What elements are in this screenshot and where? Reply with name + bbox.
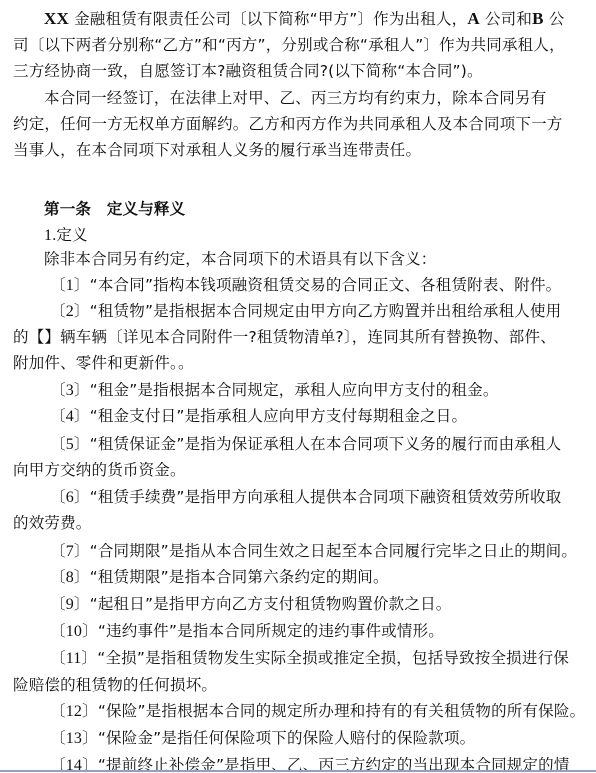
definition-item-7: 〔7〕“合同期限”是指从本合同生效之日起至本合同履行完毕之日止的期间。 xyxy=(50,541,577,562)
section-title: 1.定义 xyxy=(44,225,88,246)
item-text: “起租日”是指甲方向乙方支付租赁物购置价款之日。 xyxy=(90,595,452,613)
item-number: 14 xyxy=(66,757,82,770)
document-page: XX 金融租赁有限责任公司〔以下简称“甲方”〕作为出租人，A 公司和B 公 司〔… xyxy=(0,0,596,770)
definition-item-1: 〔1〕“本合同”指构本钱项融资租赁交易的合同正文、各租赁附表、附件。 xyxy=(50,275,561,296)
item-number: 2 xyxy=(66,303,74,320)
item-text: “保险”是指根据本合同的规定所办理和持有的有关租赁物的所有保险。 xyxy=(98,702,585,720)
section-number: 1. xyxy=(44,227,56,244)
item-open-bracket: 〔 xyxy=(50,756,66,770)
definition-item-5-cont1: 向甲方交纳的货币资金。 xyxy=(13,460,186,480)
section-title-text: 定义 xyxy=(56,226,87,244)
item-close-bracket: 〕 xyxy=(82,702,98,720)
definition-item-3: 〔3〕“租金”是指根据本合同规定，承租人应向甲方支付的租金。 xyxy=(50,380,499,401)
item-open-bracket: 〔 xyxy=(50,729,66,747)
item-close-bracket: 〕 xyxy=(74,542,90,560)
item-close-bracket: 〕 xyxy=(74,381,90,399)
item-text: “违约事件”是指本合同所规定的违约事件或情形。 xyxy=(98,622,444,640)
preamble-p1-line3: 三方经协商一致，自愿签订本?融资租赁合同?(以下简称“本合同”)。 xyxy=(13,61,483,81)
item-number: 6 xyxy=(66,489,74,506)
definition-item-9: 〔9〕“起租日”是指甲方向乙方支付租赁物购置价款之日。 xyxy=(50,594,451,615)
item-text: “合同期限”是指从本合同生效之日起至本合同履行完毕之日止的期间。 xyxy=(90,542,577,560)
item-number: 8 xyxy=(66,569,74,586)
definition-item-14: 〔14〕“提前终止补偿金”是指甲、乙、丙三方约定的当出现本合同规定的情 xyxy=(50,755,570,770)
item-open-bracket: 〔 xyxy=(50,407,66,425)
item-text: “提前终止补偿金”是指甲、乙、丙三方约定的当出现本合同规定的情 xyxy=(98,756,570,770)
item-close-bracket: 〕 xyxy=(74,435,90,453)
item-open-bracket: 〔 xyxy=(50,542,66,560)
preamble-p2-line1: 本合同一经签订，在法律上对甲、乙、丙三方均有约束力，除本合同另有 xyxy=(44,88,546,108)
item-close-bracket: 〕 xyxy=(82,649,98,667)
article-heading: 第一条 定义与释义 xyxy=(44,199,185,219)
definition-item-12: 〔12〕“保险”是指根据本合同的规定所办理和持有的有关租赁物的所有保险。 xyxy=(50,701,585,722)
item-number: 12 xyxy=(66,703,82,720)
item-close-bracket: 〕 xyxy=(82,622,98,640)
item-text: “租赁期限”是指本合同第六条约定的期间。 xyxy=(90,568,389,586)
item-text: “租赁手续费”是指甲方向承租人提供本合同项下融资租赁效劳所收取 xyxy=(90,488,562,506)
definition-item-2-cont2: 附加件、零件和更新件。。 xyxy=(13,353,194,373)
definitions-intro: 除非本合同另有约定，本合同项下的术语具有以下含义： xyxy=(44,249,437,269)
definition-item-11: 〔11〕“全损”是指租赁物发生实际全损或推定全损，包括导致按全损进行保 xyxy=(50,648,569,669)
item-number: 7 xyxy=(66,543,74,560)
item-close-bracket: 〕 xyxy=(74,568,90,586)
text-span: 公司和 xyxy=(480,10,532,28)
definition-item-2: 〔2〕“租赁物”是指根据本合同规定由甲方向乙方购置并出租给承租人使用 xyxy=(50,301,561,322)
item-close-bracket: 〕 xyxy=(82,729,98,747)
item-close-bracket: 〕 xyxy=(74,276,90,294)
definition-item-6-cont1: 的效劳费。 xyxy=(13,513,92,533)
item-open-bracket: 〔 xyxy=(50,435,66,453)
text-span: 公 xyxy=(544,10,565,28)
item-close-bracket: 〕 xyxy=(74,302,90,320)
item-number: 9 xyxy=(66,596,74,613)
item-number: 10 xyxy=(66,623,82,640)
item-open-bracket: 〔 xyxy=(50,568,66,586)
definition-item-13: 〔13〕“保险金”是指任何保险项下的保险人赔付的保险款项。 xyxy=(50,728,475,749)
company-b-label: B xyxy=(532,9,544,28)
item-number: 11 xyxy=(66,650,82,667)
item-text: “租金支付日”是指承租人应向甲方支付每期租金之日。 xyxy=(90,407,468,425)
definition-item-4: 〔4〕“租金支付日”是指承租人应向甲方支付每期租金之日。 xyxy=(50,406,467,427)
definition-item-2-cont1: 的【】辆车辆〔详见本合同附件一?租赁物清单?〕，连同其所有替换物、部件、 xyxy=(13,327,556,347)
item-number: 13 xyxy=(66,730,82,747)
preamble-p2-line3: 当事人，在本合同项下对承租人义务的履行承当连带责任。 xyxy=(13,140,421,160)
item-open-bracket: 〔 xyxy=(50,622,66,640)
item-open-bracket: 〔 xyxy=(50,488,66,506)
item-number: 4 xyxy=(66,408,74,425)
text-span: 金融租赁有限责任公司〔以下简称“甲方”〕作为出租人， xyxy=(69,10,467,28)
item-close-bracket: 〕 xyxy=(74,595,90,613)
page-bottom-border xyxy=(0,770,596,772)
item-open-bracket: 〔 xyxy=(50,649,66,667)
item-number: 3 xyxy=(66,382,74,399)
item-open-bracket: 〔 xyxy=(50,702,66,720)
item-close-bracket: 〕 xyxy=(82,756,98,770)
company-a-label: A xyxy=(467,9,479,28)
item-number: 1 xyxy=(66,277,74,294)
definition-item-10: 〔10〕“违约事件”是指本合同所规定的违约事件或情形。 xyxy=(50,621,444,642)
item-close-bracket: 〕 xyxy=(74,407,90,425)
party-a-placeholder: XX xyxy=(44,9,69,28)
item-close-bracket: 〕 xyxy=(74,488,90,506)
definition-item-6: 〔6〕“租赁手续费”是指甲方向承租人提供本合同项下融资租赁效劳所收取 xyxy=(50,487,561,508)
definition-item-5: 〔5〕“租赁保证金”是指为保证承租人在本合同项下义务的履行而由承租人 xyxy=(50,434,561,455)
item-text: “本合同”指构本钱项融资租赁交易的合同正文、各租赁附表、附件。 xyxy=(90,276,562,294)
item-text: “全损”是指租赁物发生实际全损或推定全损，包括导致按全损进行保 xyxy=(97,649,569,667)
item-open-bracket: 〔 xyxy=(50,381,66,399)
item-open-bracket: 〔 xyxy=(50,595,66,613)
item-text: “租金”是指根据本合同规定，承租人应向甲方支付的租金。 xyxy=(90,381,499,399)
definition-item-8: 〔8〕“租赁期限”是指本合同第六条约定的期间。 xyxy=(50,567,389,588)
preamble-p2-line2: 约定，任何一方无权单方面解约。乙方和丙方作为共同承租人及本合同项下一方 xyxy=(13,114,563,134)
item-open-bracket: 〔 xyxy=(50,276,66,294)
definition-item-11-cont1: 险赔偿的租赁物的任何损坏。 xyxy=(13,675,217,695)
preamble-p1-line1: XX 金融租赁有限责任公司〔以下简称“甲方”〕作为出租人，A 公司和B 公 xyxy=(44,9,564,29)
item-number: 5 xyxy=(66,436,74,453)
item-text: “租赁保证金”是指为保证承租人在本合同项下义务的履行而由承租人 xyxy=(90,435,562,453)
preamble-p1-line2: 司〔以下两者分别称“乙方”和“丙方”，分别或合称“承租人”〕作为共同承租人， xyxy=(13,35,565,55)
item-text: “保险金”是指任何保险项下的保险人赔付的保险款项。 xyxy=(98,729,476,747)
item-open-bracket: 〔 xyxy=(50,302,66,320)
item-text: “租赁物”是指根据本合同规定由甲方向乙方购置并出租给承租人使用 xyxy=(90,302,562,320)
